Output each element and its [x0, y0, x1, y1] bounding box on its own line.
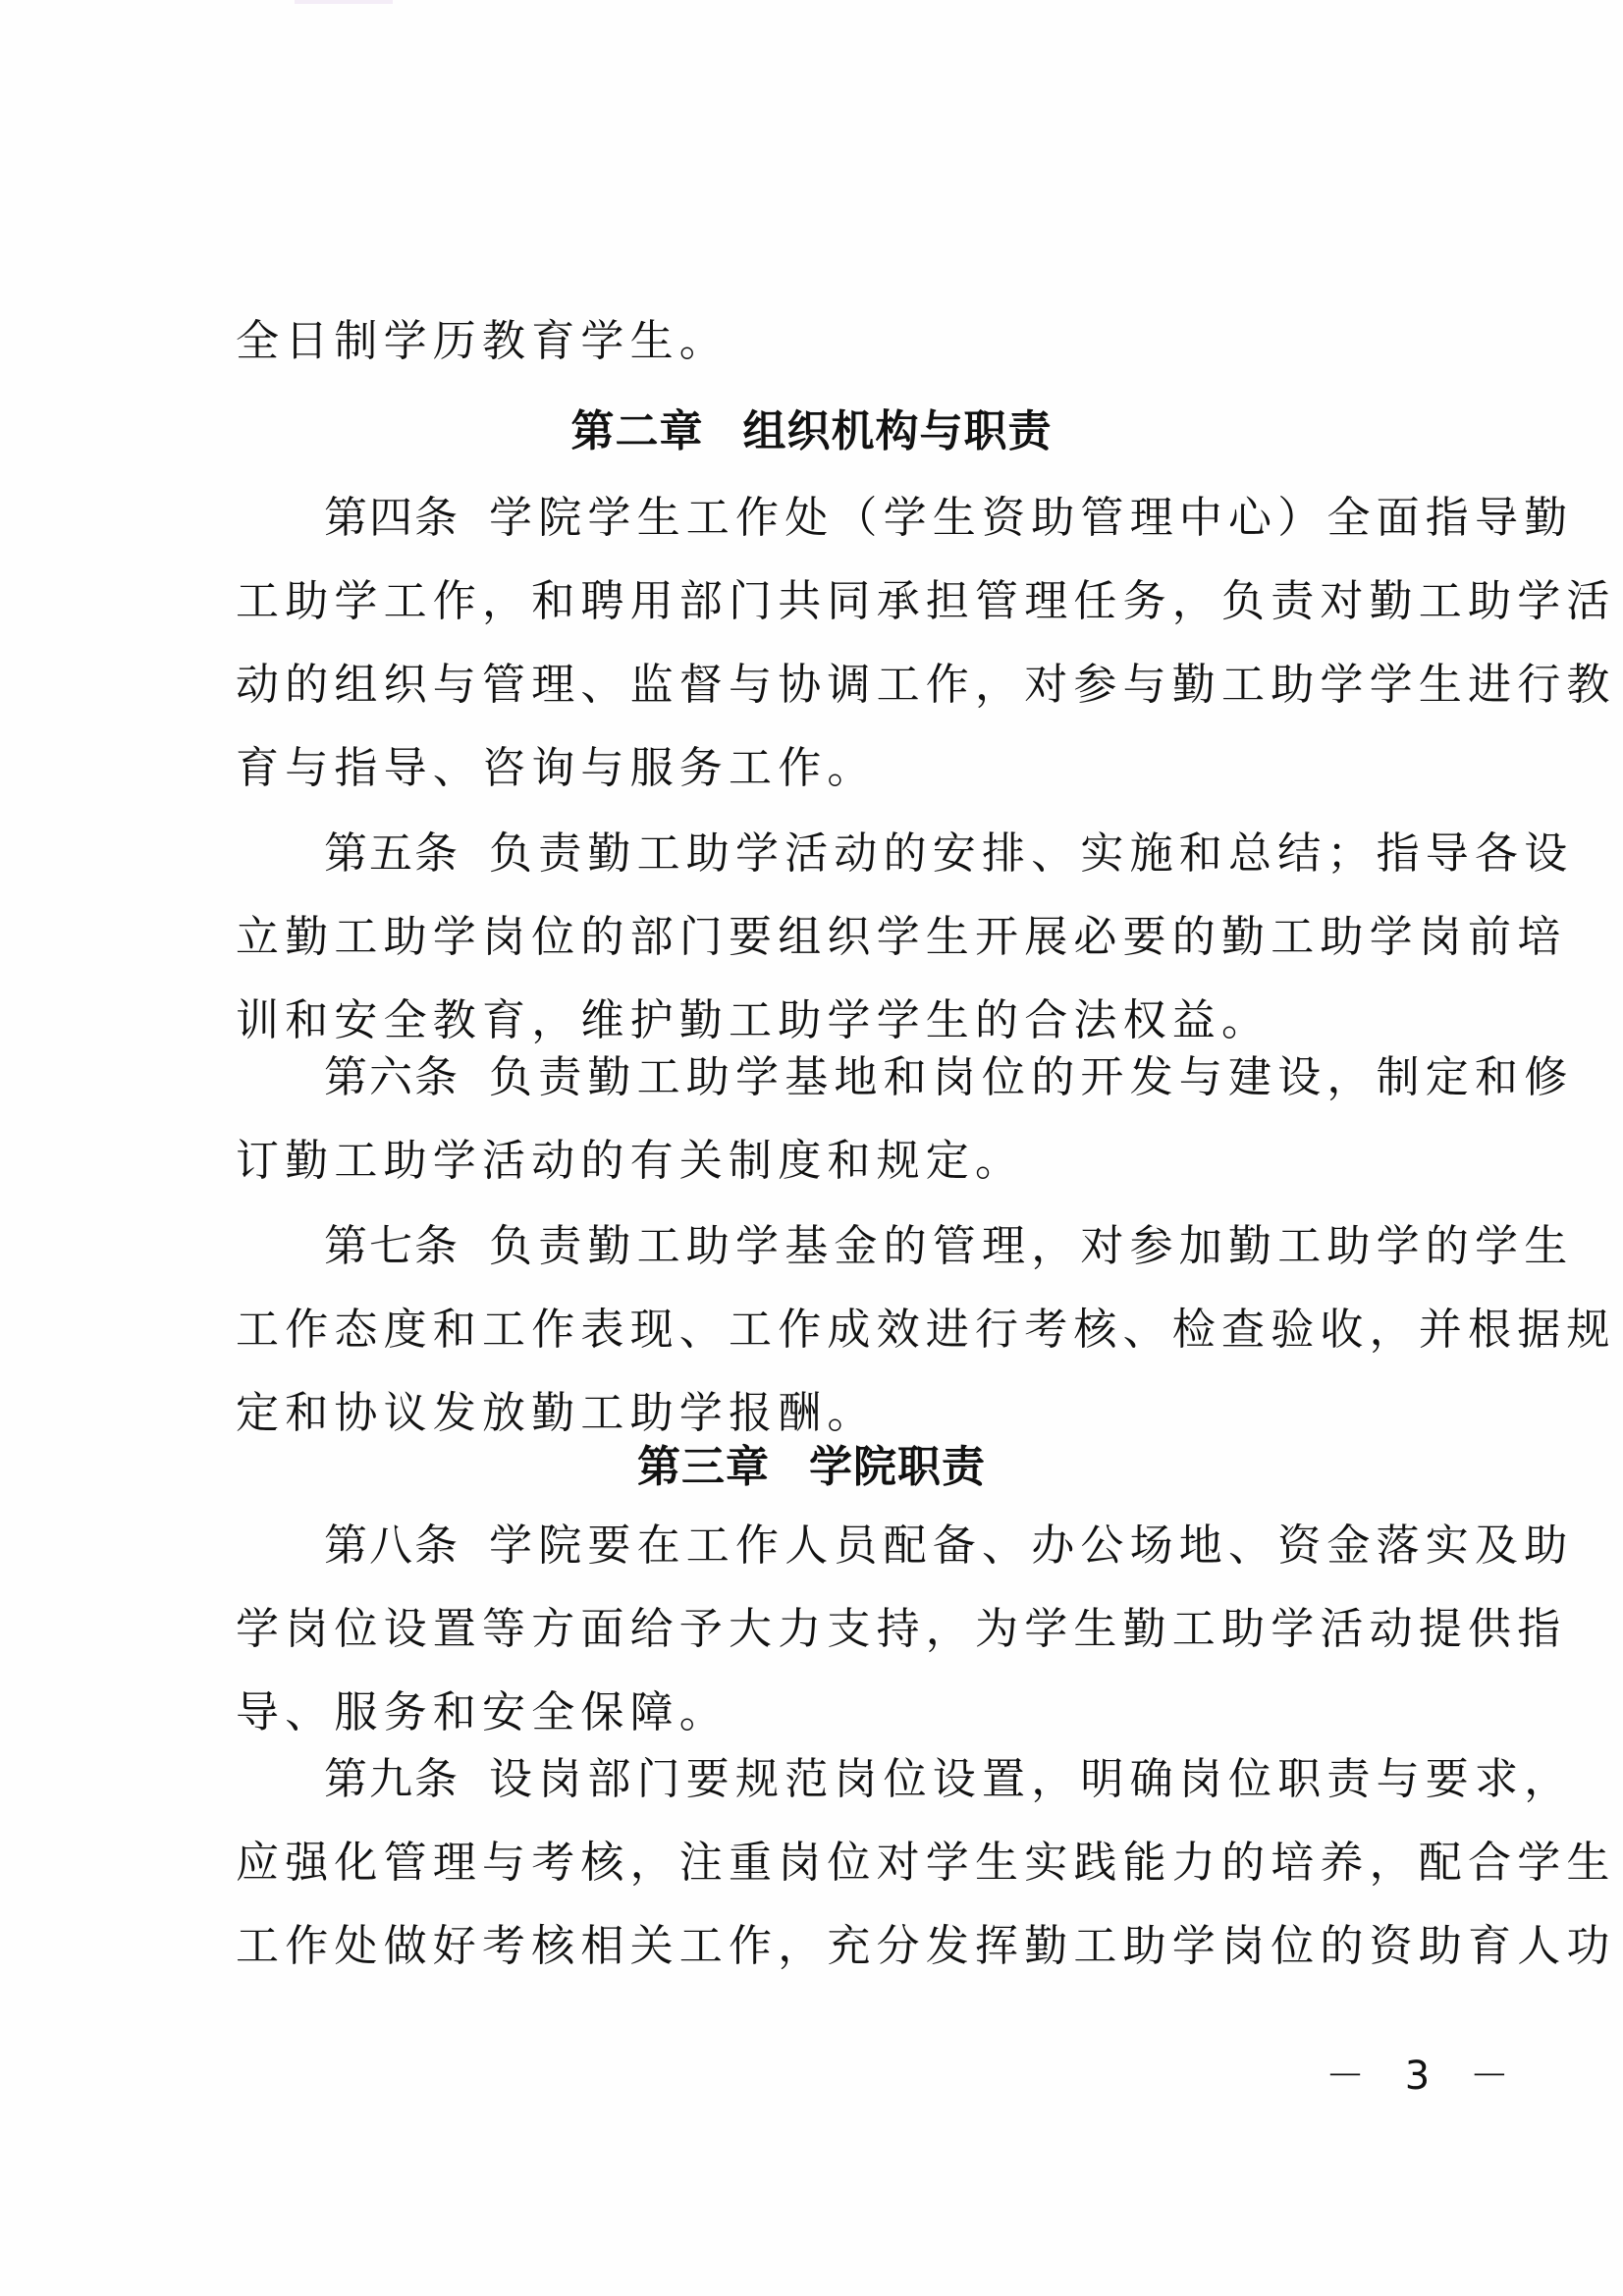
article-4-line-4: 育与指导、咨询与服务工作。	[236, 739, 1435, 798]
page-number: － 3 －	[1325, 2052, 1523, 2101]
article-label: 第五条	[324, 828, 460, 879]
scan-artifact	[295, 0, 393, 4]
article-label: 第七条	[324, 1221, 460, 1271]
chapter-number: 第三章	[637, 1442, 770, 1492]
chapter-title: 学院职责	[809, 1442, 986, 1492]
article-text: 负责勤工助学活动的安排、实施和总结；指导各设	[489, 828, 1573, 879]
article-9-line-1: 第九条设岗部门要规范岗位设置，明确岗位职责与要求，	[324, 1750, 1435, 1809]
article-6-line-1: 第六条负责勤工助学基地和岗位的开发与建设，制定和修	[324, 1048, 1435, 1107]
article-label: 第六条	[324, 1052, 460, 1102]
article-text: 设岗部门要规范岗位设置，明确岗位职责与要求，	[489, 1754, 1573, 1804]
article-label: 第八条	[324, 1521, 460, 1571]
article-9-line-3: 工作处做好考核相关工作，充分发挥勤工助学岗位的资助育人功	[236, 1917, 1435, 1976]
article-4-line-2: 工助学工作，和聘用部门共同承担管理任务，负责对勤工助学活	[236, 572, 1435, 631]
article-8-line-1: 第八条学院要在工作人员配备、办公场地、资金落实及助	[324, 1517, 1435, 1575]
article-text: 学院学生工作处（学生资助管理中心）全面指导勤	[489, 493, 1573, 543]
article-label: 第九条	[324, 1754, 460, 1804]
article-5-line-3: 训和安全教育，维护勤工助学学生的合法权益。	[236, 991, 1435, 1050]
chapter-title: 组织机构与职责	[743, 406, 1053, 456]
article-9-line-2: 应强化管理与考核，注重岗位对学生实践能力的培养，配合学生	[236, 1834, 1435, 1893]
article-7-line-2: 工作态度和工作表现、工作成效进行考核、检查验收，并根据规	[236, 1301, 1435, 1360]
article-8-line-2: 学岗位设置等方面给予大力支持，为学生勤工助学活动提供指	[236, 1600, 1435, 1659]
paragraph-line: 全日制学历教育学生。	[236, 312, 1435, 371]
article-text: 负责勤工助学基地和岗位的开发与建设，制定和修	[489, 1052, 1573, 1102]
article-4-line-3: 动的组织与管理、监督与协调工作，对参与勤工助学学生进行教	[236, 656, 1435, 715]
article-6-line-2: 订勤工助学活动的有关制度和规定。	[236, 1132, 1435, 1191]
article-5-line-1: 第五条负责勤工助学活动的安排、实施和总结；指导各设	[324, 825, 1435, 883]
article-5-line-2: 立勤工助学岗位的部门要组织学生开展必要的勤工助学岗前培	[236, 908, 1435, 967]
article-label: 第四条	[324, 493, 460, 543]
article-7-line-3: 定和协议发放勤工助学报酬。	[236, 1384, 1435, 1443]
chapter-number: 第二章	[571, 406, 704, 456]
chapter-heading: 第二章组织机构与职责	[0, 402, 1623, 461]
article-text: 学院要在工作人员配备、办公场地、资金落实及助	[489, 1521, 1573, 1571]
article-4-line-1: 第四条学院学生工作处（学生资助管理中心）全面指导勤	[324, 489, 1435, 548]
article-8-line-3: 导、服务和安全保障。	[236, 1683, 1435, 1742]
article-text: 负责勤工助学基金的管理，对参加勤工助学的学生	[489, 1221, 1573, 1271]
chapter-heading: 第三章学院职责	[0, 1438, 1623, 1497]
article-7-line-1: 第七条负责勤工助学基金的管理，对参加勤工助学的学生	[324, 1217, 1435, 1276]
document-page: 全日制学历教育学生。 第二章组织机构与职责 第四条学院学生工作处（学生资助管理中…	[0, 0, 1623, 2296]
